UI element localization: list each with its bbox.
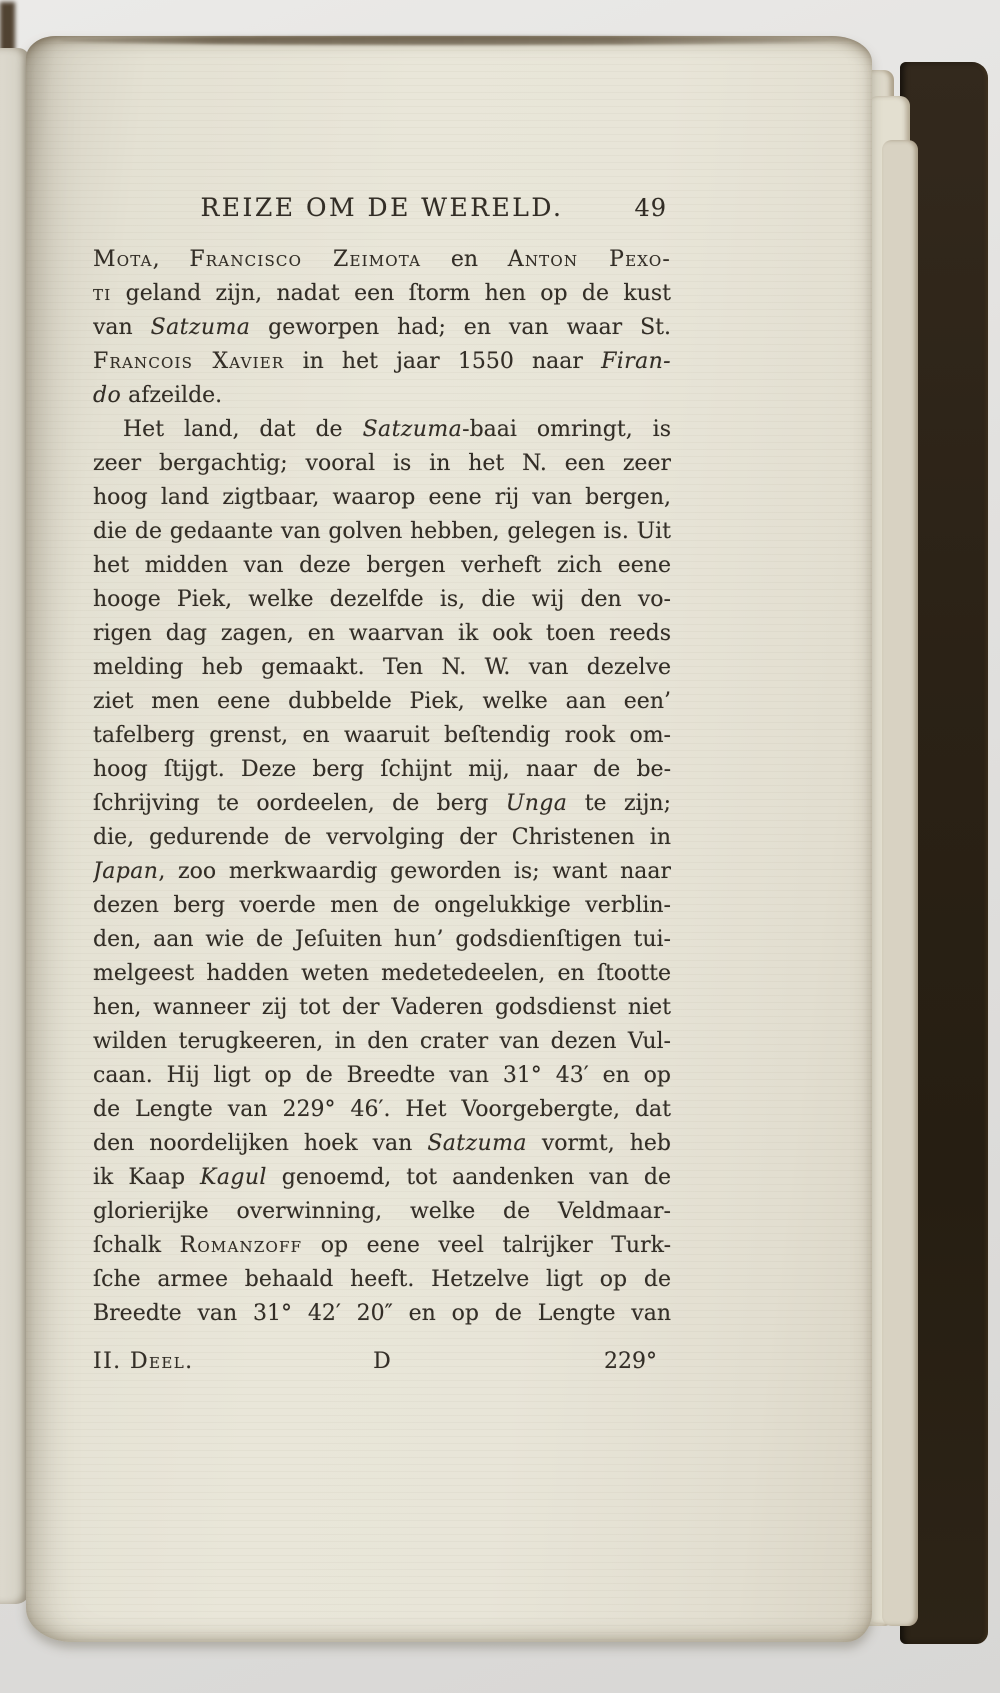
text-segment: Satzuma — [427, 1131, 527, 1156]
text-line: Breedte van 31° 42′ 20″ en op de Lengte … — [93, 1297, 671, 1331]
text-segment: Unga — [506, 791, 568, 816]
text-segment: , zoo merkwaardig geworden is; want naar — [158, 859, 671, 884]
text-line: hooge Piek, welke dezelfde is, die wij d… — [93, 583, 671, 617]
text-segment: Romanzoff — [180, 1233, 303, 1258]
page-top-edge — [60, 36, 847, 45]
text-segment: geworpen had; en van waar St. — [250, 315, 671, 340]
text-segment: en — [421, 247, 508, 272]
text-line: ziet men eene dubbelde Piek, welke aan e… — [93, 685, 671, 719]
text-segment: Satzuma — [151, 315, 251, 340]
text-segment: afzeilde. — [121, 383, 222, 408]
text-segment: Satzuma — [363, 417, 463, 442]
text-line: hen, wanneer zij tot der Vaderen godsdie… — [93, 991, 671, 1025]
text-segment: do — [93, 383, 121, 408]
signature-mark: D — [373, 1345, 391, 1379]
text-line: melding heb gemaakt. Ten N. W. van dezel… — [93, 651, 671, 685]
running-header: REIZE OM DE WERELD. 49 — [93, 191, 671, 225]
text-line: melgeest hadden weten medetedeelen, en ſ… — [93, 957, 671, 991]
text-line: den noordelijken hoek van Satzuma vormt,… — [93, 1127, 671, 1161]
text-line: Het land, dat de Satzuma-baai omringt, i… — [93, 413, 671, 447]
page-number: 49 — [634, 194, 667, 222]
text-line: hoog ſtijgt. Deze berg ſchijnt mij, naar… — [93, 753, 671, 787]
text-line: wilden terugkeeren, in den crater van de… — [93, 1025, 671, 1059]
text-segment: te zijn; — [567, 791, 671, 816]
text-segment: Francisco Zeimota — [189, 247, 421, 272]
page-edge-stack-3 — [882, 140, 918, 1626]
text-segment: tafelberg grenst, en waaruit beſtendig r… — [93, 723, 671, 748]
text-line: do afzeilde. — [93, 379, 671, 413]
text-segment: ſchalk — [93, 1233, 180, 1258]
text-segment: caan. Hij ligt op de Breedte van 31° 43′… — [93, 1063, 671, 1088]
text-segment: de Lengte van 229° 46′. Het Voorgebergte… — [93, 1097, 671, 1122]
text-segment: -baai omringt, is — [462, 417, 671, 442]
text-segment: glorierijke overwinning, welke de Veldma… — [93, 1199, 671, 1224]
text-segment: ziet men eene dubbelde Piek, welke aan e… — [93, 689, 671, 714]
text-line: het midden van deze bergen verheft zich … — [93, 549, 671, 583]
page-title: REIZE OM DE WERELD. — [93, 191, 671, 225]
text-line: Japan, zoo merkwaardig geworden is; want… — [93, 855, 671, 889]
book-page: REIZE OM DE WERELD. 49 Mota, Francisco Z… — [26, 36, 872, 1642]
page-footer: II. Deel. D 229° — [93, 1345, 671, 1379]
text-segment: ſche armee behaald heeft. Hetzelve ligt … — [93, 1267, 671, 1292]
text-segment: Breedte van 31° 42′ 20″ en op de Lengte … — [93, 1301, 671, 1326]
text-line: die, gedurende de vervolging der Christe… — [93, 821, 671, 855]
text-segment: Francois Xavier — [93, 349, 284, 374]
text-line: caan. Hij ligt op de Breedte van 31° 43′… — [93, 1059, 671, 1093]
text-line: ſchrijving te oordeelen, de berg Unga te… — [93, 787, 671, 821]
text-segment: Japan — [93, 859, 158, 884]
text-segment: den, aan wie de Jeſuiten hun’ godsdienſt… — [93, 927, 671, 952]
text-segment: zeer bergachtig; vooral is in het N. een… — [93, 451, 671, 476]
text-segment: Mota — [93, 247, 153, 272]
text-segment: die, gedurende de vervolging der Christe… — [93, 825, 671, 850]
text-line: glorierijke overwinning, welke de Veldma… — [93, 1195, 671, 1229]
text-line: ti geland zijn, nadat een ſtorm hen op d… — [93, 277, 671, 311]
text-segment: hen, wanneer zij tot der Vaderen godsdie… — [93, 995, 671, 1020]
text-segment: dezen berg voerde men de ongelukkige ver… — [93, 893, 671, 918]
text-segment: hoog land zigtbaar, waarop eene rij van … — [93, 485, 671, 510]
text-segment: Anton Pexo- — [508, 247, 671, 272]
text-line: die de gedaante van golven hebben, geleg… — [93, 515, 671, 549]
text-line: zeer bergachtig; vooral is in het N. een… — [93, 447, 671, 481]
text-segment: hooge Piek, welke dezelfde is, die wij d… — [93, 587, 671, 612]
text-segment: geland zijn, nadat een ſtorm hen op de k… — [111, 281, 671, 306]
text-line: tafelberg grenst, en waaruit beſtendig r… — [93, 719, 671, 753]
text-segment: van — [93, 315, 151, 340]
text-segment: rigen dag zagen, en waarvan ik ook toen … — [93, 621, 671, 646]
text-segment: hoog ſtijgt. Deze berg ſchijnt mij, naar… — [93, 757, 671, 782]
text-line: van Satzuma geworpen had; en van waar St… — [93, 311, 671, 345]
text-line: ſchalk Romanzoff op eene veel talrijker … — [93, 1229, 671, 1263]
text-line: dezen berg voerde men de ongelukkige ver… — [93, 889, 671, 923]
text-segment: ti — [93, 281, 111, 306]
text-segment: in het jaar 1550 naar — [284, 349, 601, 374]
volume-label: II. Deel. — [93, 1349, 193, 1374]
text-line: Mota, Francisco Zeimota en Anton Pexo- — [93, 243, 671, 277]
text-line: rigen dag zagen, en waarvan ik ook toen … — [93, 617, 671, 651]
text-segment: wilden terugkeeren, in den crater van de… — [93, 1029, 671, 1054]
text-segment: den noordelijken hoek van — [93, 1131, 427, 1156]
text-line: hoog land zigtbaar, waarop eene rij van … — [93, 481, 671, 515]
text-segment: Het land, dat de — [123, 417, 363, 442]
text-line: ſche armee behaald heeft. Hetzelve ligt … — [93, 1263, 671, 1297]
text-segment: , — [153, 247, 190, 272]
text-line: de Lengte van 229° 46′. Het Voorgebergte… — [93, 1093, 671, 1127]
body-text: Mota, Francisco Zeimota en Anton Pexo-ti… — [93, 243, 671, 1331]
photo-backdrop: REIZE OM DE WERELD. 49 Mota, Francisco Z… — [0, 0, 1000, 1693]
text-segment: ſchrijving te oordeelen, de berg — [93, 791, 506, 816]
text-segment: ik Kaap — [93, 1165, 200, 1190]
text-segment: genoemd, tot aandenken van de — [267, 1165, 671, 1190]
text-segment: Firan- — [601, 349, 671, 374]
catchword: 229° — [604, 1345, 657, 1379]
text-segment: Kagul — [200, 1165, 267, 1190]
text-block: REIZE OM DE WERELD. 49 Mota, Francisco Z… — [93, 191, 671, 1379]
text-line: Francois Xavier in het jaar 1550 naar Fi… — [93, 345, 671, 379]
text-segment: op eene veel talrijker Turk- — [302, 1233, 671, 1258]
text-line: den, aan wie de Jeſuiten hun’ godsdienſt… — [93, 923, 671, 957]
text-segment: het midden van deze bergen verheft zich … — [93, 553, 671, 578]
text-segment: vormt, heb — [527, 1131, 671, 1156]
text-segment: die de gedaante van golven hebben, geleg… — [93, 519, 671, 544]
text-segment: melgeest hadden weten medetedeelen, en ſ… — [93, 961, 671, 986]
text-line: ik Kaap Kagul genoemd, tot aandenken van… — [93, 1161, 671, 1195]
text-segment: melding heb gemaakt. Ten N. W. van dezel… — [93, 655, 671, 680]
